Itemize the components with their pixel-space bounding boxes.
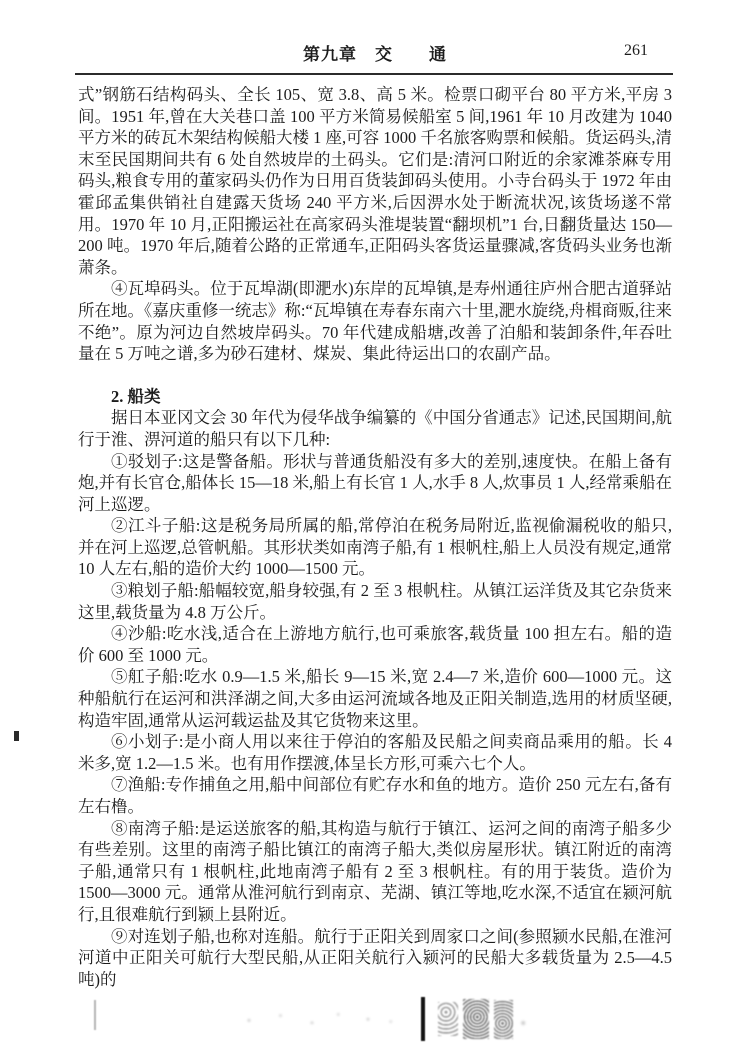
- paragraph: ③粮划子船:船幅较宽,船身较强,有 2 至 3 根帆柱。从镇江运洋货及其它杂货来…: [78, 580, 672, 623]
- paragraph: ②江斗子船:这是税务局所属的船,常停泊在税务局附近,监视偷漏税收的船只,并在河上…: [78, 515, 672, 580]
- header-rule: [75, 73, 673, 75]
- scan-artifact-smudge: [516, 1016, 534, 1030]
- scanned-book-page: 第九章 交 通 261 式”钢筋石结构码头、全长 105、宽 3.8、高 5 米…: [0, 0, 747, 1046]
- paragraph: 式”钢筋石结构码头、全长 105、宽 3.8、高 5 米。检票口砌平台 80 平…: [78, 84, 672, 278]
- chapter-title: 第九章 交 通: [78, 40, 672, 65]
- scan-artifact-smudge: [494, 1000, 513, 1039]
- paragraph: ⑥小划子:是小商人用以来往于停泊的客船及民船之间卖商品乘用的船。长 4 米多,宽…: [78, 731, 672, 774]
- paragraph: ⑦渔船:专作捕鱼之用,船中间部位有贮存水和鱼的地方。造价 250 元左右,备有左…: [78, 774, 672, 817]
- paragraph: ⑤舡子船:吃水 0.9—1.5 米,船长 9—15 米,宽 2.4—7 米,造价…: [78, 666, 672, 731]
- scan-artifact-faint-line: [94, 1000, 96, 1030]
- scan-artifact-ghost-speckle: [228, 1006, 403, 1030]
- document-body: 式”钢筋石结构码头、全长 105、宽 3.8、高 5 米。检票口砌平台 80 平…: [78, 84, 672, 990]
- paragraph: ⑨对连划子船,也称对连船。航行于正阳关到周家口之间(参照颍水民船,在淮河河道中正…: [78, 926, 672, 991]
- scan-artifact-dark-bar: [421, 997, 425, 1041]
- scan-artifact-smudge: [438, 1002, 458, 1036]
- paragraph: ④沙船:吃水浅,适合在上游地方航行,也可乘旅客,载货量 100 担左右。船的造价…: [78, 623, 672, 666]
- paragraph: ⑧南湾子船:是运送旅客的船,其构造与航行于镇江、运河之间的南湾子船多少有些差别。…: [78, 818, 672, 926]
- page-number: 261: [624, 42, 648, 60]
- scan-artifact-smudge: [463, 999, 489, 1039]
- paragraph: ①驳划子:这是警备船。形状与普通货船没有多大的差别,速度快。在船上备有炮,并有长…: [78, 451, 672, 516]
- scan-artifact-margin-tick: [14, 731, 19, 741]
- paragraph: ④瓦埠码头。位于瓦埠湖(即淝水)东岸的瓦埠镇,是寿州通往庐州合肥古道驿站所在地。…: [78, 278, 672, 364]
- paragraph: 据日本亚冈文会 30 年代为侵华战争编纂的《中国分省通志》记述,民国期间,航行于…: [78, 407, 672, 450]
- running-head: 第九章 交 通 261: [78, 40, 672, 66]
- section-heading: 2. 船类: [78, 386, 672, 408]
